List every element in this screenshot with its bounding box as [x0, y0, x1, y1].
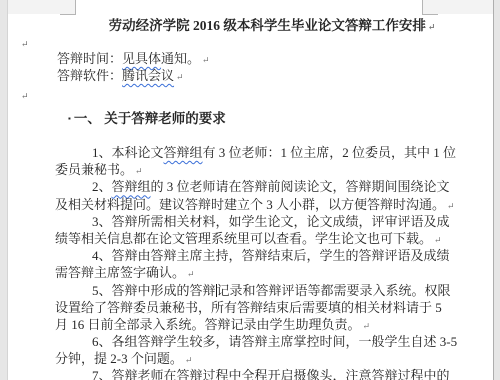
document-title[interactable]: 劳动经济学院 2016 级本科学生毕业论文答辩工作安排↵ — [55, 17, 477, 35]
meta-lines[interactable]: 答辩时间：见具体通知。↵答辩软件：腾讯会议↵ — [57, 50, 210, 84]
section-heading-text: 一、 关于答辩老师的要求 — [74, 111, 226, 126]
text-segment: 6、各组答辩学生较多，请答辩主席掌控时间，一般学生自述 3-5 — [92, 334, 457, 349]
spellcheck-flagged-text: 腾讯会议 — [122, 68, 174, 83]
text-line[interactable]: 委员兼秘书。↵ — [55, 161, 485, 178]
text-segment: 7、答辩老师在答辩过程中全程开启摄像头，注意答辩过程中的 — [92, 368, 450, 380]
spellcheck-flagged-text: 答辩组 — [164, 145, 203, 160]
margin-crop-mark-left-icon — [60, 0, 76, 15]
paragraph-mark: ↵ — [363, 321, 371, 331]
margin-crop-mark-right-icon — [422, 0, 438, 15]
text-line[interactable]: 4、答辩由答辩主席主持，答辩结束后，学生的答辩评语及成绩 — [55, 247, 485, 264]
text-segment: 2、 — [92, 179, 112, 194]
text-line[interactable]: 需答辩主席签字确认。↵ — [55, 264, 485, 281]
text-line[interactable]: 设置给了答辩委员兼秘书，所有答辩结束后需要填的相关材料请于 5 — [55, 299, 485, 316]
text-segment: 4、答辩由答辩主席主持，答辩结束后，学生的答辩评语及成绩 — [92, 248, 450, 263]
word-document-page[interactable]: 劳动经济学院 2016 级本科学生毕业论文答辩工作安排↵ ↵ 答辩时间：见具体通… — [0, 0, 500, 380]
empty-paragraph-mark: ↵ — [21, 38, 29, 50]
section-heading[interactable]: ▪一、 关于答辩老师的要求 — [55, 110, 226, 128]
text-segment: 分钟，提 2-3 个问题。 — [55, 351, 183, 366]
document-title-text: 劳动经济学院 2016 级本科学生毕业论文答辩工作安排 — [109, 18, 426, 33]
spellcheck-flagged-text: 答辩组 — [112, 179, 151, 194]
list-bullet-icon: ▪ — [68, 114, 71, 123]
text-segment: 设置给了答辩委员兼秘书，所有答辩结束后需要填的相关材料请于 5 — [55, 300, 442, 315]
text-line[interactable]: 1、本科论文答辩组有 3 位老师：1 位主席，2 位委员，其中 1 位 — [55, 144, 485, 161]
text-segment: 委员兼秘书。 — [55, 162, 133, 177]
empty-paragraph-mark: ↵ — [21, 90, 29, 102]
paragraph-mark: ↵ — [185, 355, 193, 365]
text-line[interactable]: 分钟，提 2-3 个问题。↵ — [55, 350, 485, 367]
paragraph-mark: ↵ — [447, 201, 455, 211]
text-line[interactable]: 答辩软件：腾讯会议↵ — [57, 67, 210, 84]
paragraph-mark: ↵ — [434, 235, 442, 245]
text-segment: 5、答辩中形成的答辩 — [92, 283, 216, 298]
text-segment: 有 3 位老师：1 位主席，2 位委员，其中 1 位 — [203, 145, 457, 160]
paragraph-mark: ↵ — [202, 55, 210, 65]
text-line[interactable]: 答辩时间：见具体通知。↵ — [57, 50, 210, 67]
text-segment: 通知。 — [161, 51, 200, 66]
text-segment: 答辩软件： — [57, 68, 122, 83]
text-segment: 绩等相关信息都在论文管理系统里可以查看。学生论文也可下载。 — [55, 231, 432, 246]
text-segment: 记录和答辩评语等都需要录入系统。权限 — [217, 283, 451, 298]
text-segment: 1、本科论文 — [92, 145, 164, 160]
text-segment: 及相关材料提问。建议答辩时建立个 3 人小群，以方便答辩时沟通。 — [55, 197, 445, 212]
paragraph-mark: ↵ — [187, 269, 195, 279]
page-left-margin-area — [0, 0, 8, 380]
text-segment: 月 16 日前全部录入系统。答辩记录由学生助理负责。 — [55, 317, 361, 332]
text-line[interactable]: 及相关材料提问。建议答辩时建立个 3 人小群，以方便答辩时沟通。↵ — [55, 196, 485, 213]
paragraph-mark: ↵ — [428, 22, 436, 32]
text-line[interactable]: 月 16 日前全部录入系统。答辩记录由学生助理负责。↵ — [55, 316, 485, 333]
spellcheck-flagged-text: 见具体 — [122, 51, 161, 66]
page-right-margin-area — [493, 0, 500, 380]
text-segment: 需答辩主席签字确认。 — [55, 265, 185, 280]
text-segment: 答辩时间： — [57, 51, 122, 66]
text-line[interactable]: 5、答辩中形成的答辩记录和答辩评语等都需要录入系统。权限 — [55, 282, 485, 299]
text-line[interactable]: 7、答辩老师在答辩过程中全程开启摄像头，注意答辩过程中的 — [55, 367, 485, 380]
document-body[interactable]: 1、本科论文答辩组有 3 位老师：1 位主席，2 位委员，其中 1 位委员兼秘书… — [55, 144, 485, 380]
text-segment: 的 3 位老师请在答辩前阅读论文，答辩期间围绕论文 — [151, 179, 450, 194]
text-line[interactable]: 3、答辩所需相关材料，如学生论文，论文成绩，评审评语及成 — [55, 213, 485, 230]
paragraph-mark: ↵ — [176, 72, 184, 82]
text-segment: 3、答辩所需相关材料，如学生论文，论文成绩，评审评语及成 — [92, 214, 450, 229]
paragraph-mark: ↵ — [135, 166, 143, 176]
text-line[interactable]: 2、答辩组的 3 位老师请在答辩前阅读论文，答辩期间围绕论文 — [55, 178, 485, 195]
text-line[interactable]: 6、各组答辩学生较多，请答辩主席掌控时间，一般学生自述 3-5 — [55, 333, 485, 350]
text-line[interactable]: 绩等相关信息都在论文管理系统里可以查看。学生论文也可下载。↵ — [55, 230, 485, 247]
